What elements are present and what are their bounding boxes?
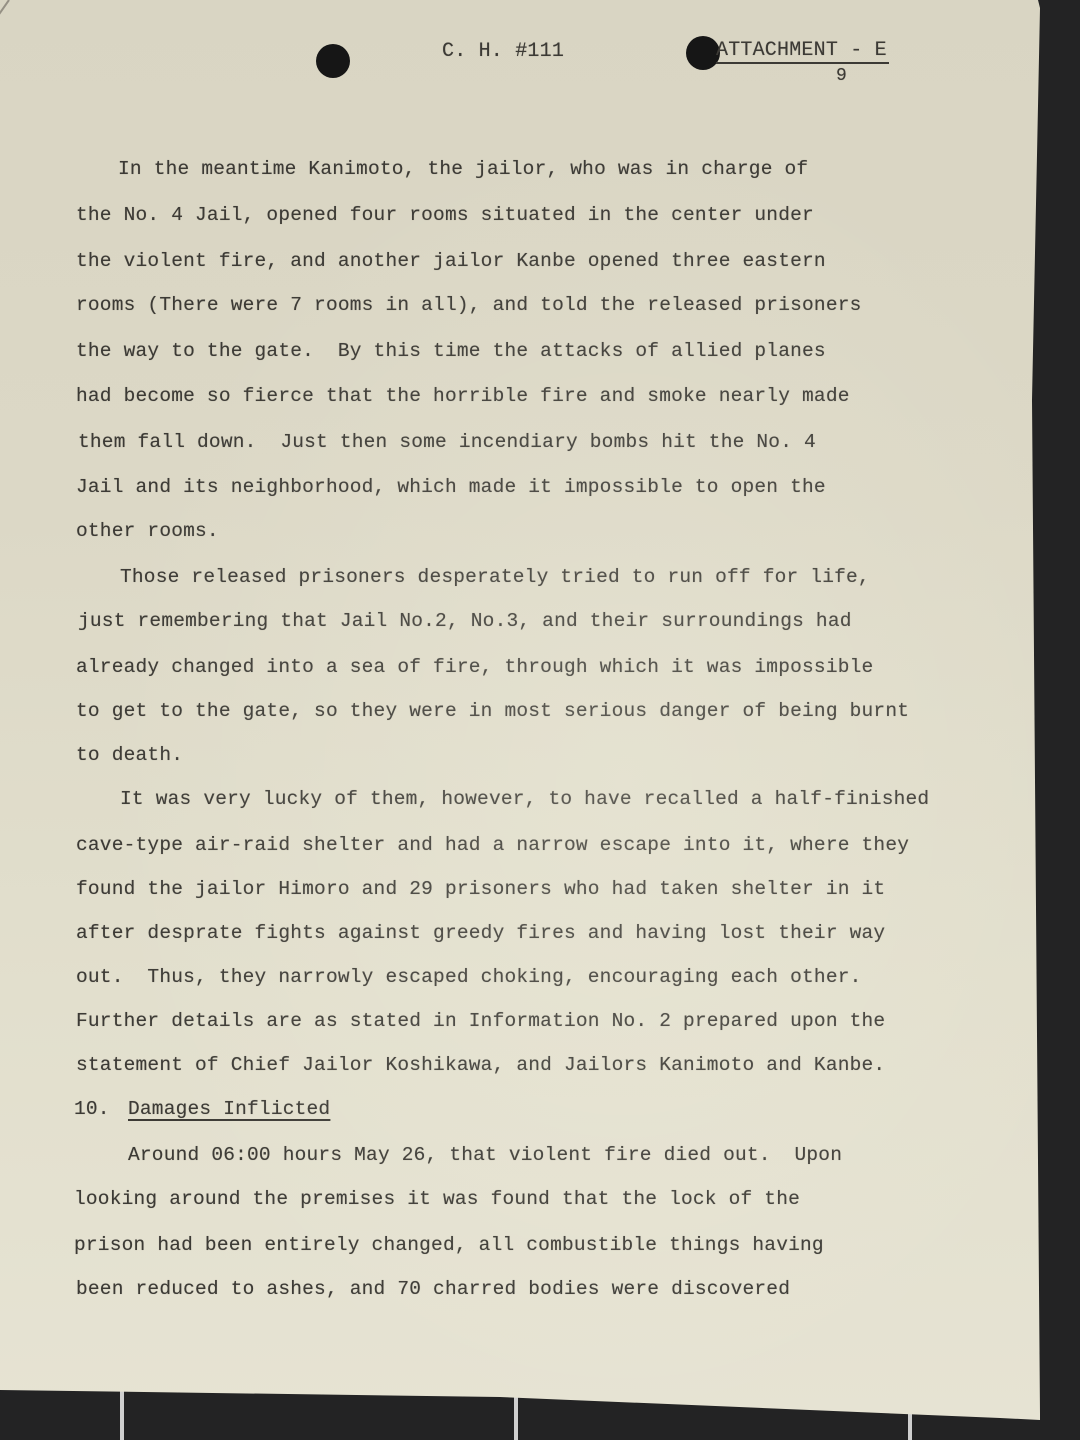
text-line: cave-type air-raid shelter and had a nar…: [76, 834, 909, 856]
text-line: Further details are as stated in Informa…: [76, 1010, 885, 1032]
section-heading: Damages Inflicted: [128, 1098, 330, 1120]
text-line: In the meantime Kanimoto, the jailor, wh…: [118, 158, 808, 180]
text-line: the violent fire, and another jailor Kan…: [76, 250, 826, 272]
section-number: 10.: [74, 1098, 110, 1120]
page-number: 9: [836, 66, 847, 86]
text-line: had become so fierce that the horrible f…: [76, 385, 850, 407]
stray-hair-mark: [0, 0, 10, 40]
text-line: Jail and its neighborhood, which made it…: [76, 476, 826, 498]
text-line: looking around the premises it was found…: [74, 1188, 800, 1210]
attachment-label: ATTACHMENT - E: [716, 40, 889, 64]
punch-hole: [316, 44, 350, 78]
text-line: the No. 4 Jail, opened four rooms situat…: [76, 204, 814, 226]
typewritten-page: C. H. #111 ATTACHMENT - E 9 In the meant…: [0, 0, 1040, 1420]
case-reference: C. H. #111: [442, 40, 564, 63]
text-line: been reduced to ashes, and 70 charred bo…: [76, 1278, 790, 1300]
text-line: Around 06:00 hours May 26, that violent …: [128, 1144, 842, 1166]
text-line: already changed into a sea of fire, thro…: [76, 656, 873, 678]
text-line: other rooms.: [76, 520, 219, 542]
text-line: statement of Chief Jailor Koshikawa, and…: [76, 1054, 885, 1076]
text-line: found the jailor Himoro and 29 prisoners…: [76, 878, 885, 900]
text-line: just remembering that Jail No.2, No.3, a…: [78, 610, 852, 632]
text-line: the way to the gate. By this time the at…: [76, 340, 826, 362]
text-line: Those released prisoners desperately tri…: [120, 566, 870, 588]
text-line: rooms (There were 7 rooms in all), and t…: [76, 294, 862, 316]
text-line: prison had been entirely changed, all co…: [74, 1234, 824, 1256]
text-line: to death.: [76, 744, 183, 766]
text-line: them fall down. Just then some incendiar…: [78, 431, 816, 453]
text-line: to get to the gate, so they were in most…: [76, 700, 909, 722]
text-line: after desprate fights against greedy fir…: [76, 922, 885, 944]
text-line: out. Thus, they narrowly escaped choking…: [76, 966, 862, 988]
text-line: It was very lucky of them, however, to h…: [120, 788, 929, 810]
punch-hole: [686, 36, 720, 70]
photo-stage: C. H. #111 ATTACHMENT - E 9 In the meant…: [0, 0, 1080, 1440]
